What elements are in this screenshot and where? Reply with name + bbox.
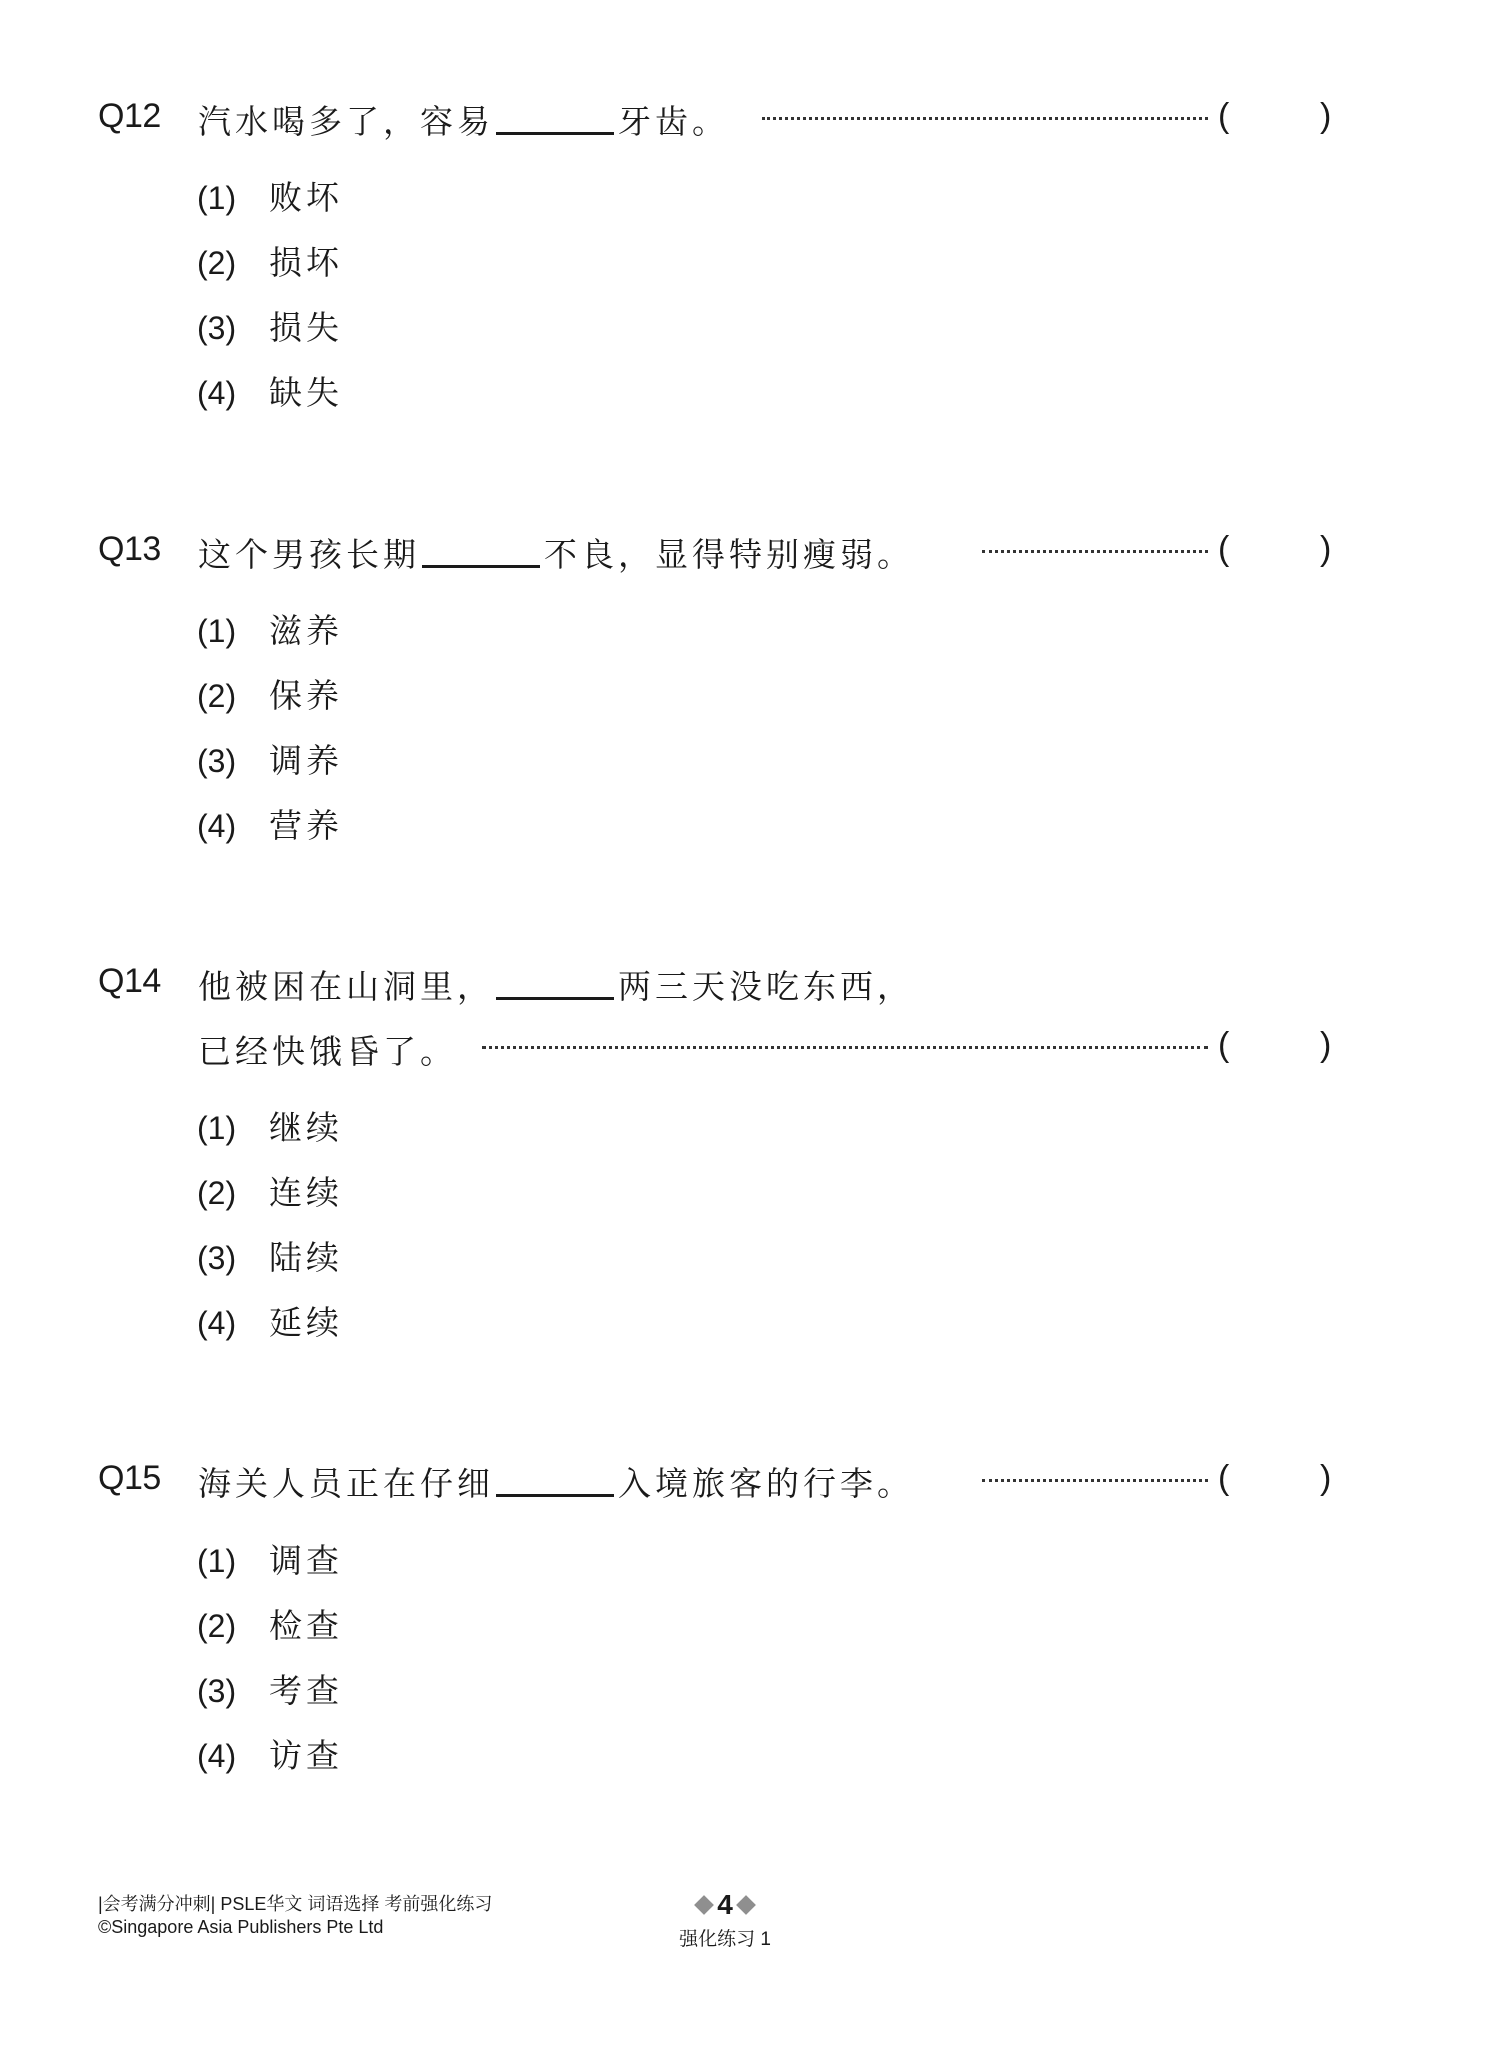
diamond-icon xyxy=(694,1895,714,1915)
answer-blank xyxy=(496,997,614,1000)
option-text: 缺失 xyxy=(269,367,343,414)
answer-paren-close: ) xyxy=(1320,97,1331,136)
question-text-before: 汽水喝多了，容易 xyxy=(198,96,494,143)
question-text: 这个男孩长期 不良，显得特别瘦弱。 xyxy=(198,529,914,576)
option-3: (3) 调养 xyxy=(197,735,343,782)
option-number: (4) xyxy=(197,1738,269,1775)
answer-blank xyxy=(422,565,540,568)
option-number: (4) xyxy=(197,1305,269,1342)
question-number: Q15 xyxy=(98,1459,161,1498)
answer-paren-open: ( xyxy=(1218,97,1229,136)
question-number: Q12 xyxy=(98,97,161,136)
option-text: 陆续 xyxy=(269,1232,343,1279)
option-3: (3) 陆续 xyxy=(197,1232,343,1279)
copyright-notice: ©Singapore Asia Publishers Pte Ltd xyxy=(98,1916,492,1939)
page-number-row: 4 xyxy=(655,1890,795,1920)
answer-paren-open: ( xyxy=(1218,1459,1229,1498)
option-3: (3) 考查 xyxy=(197,1665,343,1712)
option-text: 败坏 xyxy=(269,172,343,219)
option-number: (2) xyxy=(197,1175,269,1212)
answer-blank xyxy=(496,1494,614,1497)
option-3: (3) 损失 xyxy=(197,302,343,349)
question-text-continued: 已经快饿昏了。 xyxy=(198,1026,457,1073)
answer-blank xyxy=(496,132,614,135)
dotted-leader xyxy=(982,550,1208,553)
question-text-after: 牙齿。 xyxy=(618,96,729,143)
option-text: 损失 xyxy=(269,302,343,349)
question-text: 汽水喝多了，容易 牙齿。 xyxy=(198,96,729,143)
option-4: (4) 缺失 xyxy=(197,367,343,414)
option-text: 损坏 xyxy=(269,237,343,284)
question-text: 他被困在山洞里， 两三天没吃东西， xyxy=(198,961,914,1008)
option-text: 保养 xyxy=(269,670,343,717)
dotted-leader xyxy=(982,1479,1208,1482)
option-4: (4) 延续 xyxy=(197,1297,343,1344)
page-number: 4 xyxy=(717,1889,733,1921)
option-number: (1) xyxy=(197,180,269,217)
option-number: (2) xyxy=(197,245,269,282)
option-text: 延续 xyxy=(269,1297,343,1344)
option-text: 检查 xyxy=(269,1600,343,1647)
option-1: (1) 继续 xyxy=(197,1102,343,1149)
option-number: (3) xyxy=(197,310,269,347)
option-2: (2) 检查 xyxy=(197,1600,343,1647)
option-text: 考查 xyxy=(269,1665,343,1712)
footer-publisher: |会考满分冲刺| PSLE华文 词语选择 考前强化练习 ©Singapore A… xyxy=(98,1893,492,1939)
answer-paren-close: ) xyxy=(1320,1459,1331,1498)
option-2: (2) 损坏 xyxy=(197,237,343,284)
option-1: (1) 调查 xyxy=(197,1535,343,1582)
option-text: 调查 xyxy=(269,1535,343,1582)
option-2: (2) 保养 xyxy=(197,670,343,717)
question-number: Q14 xyxy=(98,962,161,1001)
option-text: 连续 xyxy=(269,1167,343,1214)
option-text: 营养 xyxy=(269,800,343,847)
question-text-before: 海关人员正在仔细 xyxy=(198,1458,494,1505)
option-number: (3) xyxy=(197,1673,269,1710)
option-text: 访查 xyxy=(269,1730,343,1777)
question-text-after: 入境旅客的行李。 xyxy=(618,1458,914,1505)
option-text: 滋养 xyxy=(269,605,343,652)
series-title: |会考满分冲刺| PSLE华文 词语选择 考前强化练习 xyxy=(98,1893,492,1916)
question-text-before: 他被困在山洞里， xyxy=(198,961,494,1008)
option-number: (4) xyxy=(197,808,269,845)
question-text-before: 这个男孩长期 xyxy=(198,529,420,576)
dotted-leader xyxy=(482,1046,1208,1049)
option-number: (1) xyxy=(197,1110,269,1147)
option-number: (1) xyxy=(197,1543,269,1580)
section-label: 强化练习 1 xyxy=(655,1924,795,1951)
option-4: (4) 访查 xyxy=(197,1730,343,1777)
option-number: (3) xyxy=(197,743,269,780)
option-4: (4) 营养 xyxy=(197,800,343,847)
answer-paren-open: ( xyxy=(1218,530,1229,569)
option-number: (4) xyxy=(197,375,269,412)
option-text: 继续 xyxy=(269,1102,343,1149)
question-text-after: 两三天没吃东西， xyxy=(618,961,914,1008)
diamond-icon xyxy=(736,1895,756,1915)
option-1: (1) 滋养 xyxy=(197,605,343,652)
option-number: (2) xyxy=(197,1608,269,1645)
question-text: 海关人员正在仔细 入境旅客的行李。 xyxy=(198,1458,914,1505)
question-text-after: 不良，显得特别瘦弱。 xyxy=(544,529,914,576)
option-number: (3) xyxy=(197,1240,269,1277)
answer-paren-close: ) xyxy=(1320,530,1331,569)
question-text-line2: 已经快饿昏了。 xyxy=(198,1026,457,1073)
footer-page-info: 4 强化练习 1 xyxy=(655,1890,795,1951)
dotted-leader xyxy=(762,117,1208,120)
question-number: Q13 xyxy=(98,530,161,569)
option-text: 调养 xyxy=(269,735,343,782)
answer-paren-close: ) xyxy=(1320,1026,1331,1065)
option-1: (1) 败坏 xyxy=(197,172,343,219)
option-number: (1) xyxy=(197,613,269,650)
option-2: (2) 连续 xyxy=(197,1167,343,1214)
option-number: (2) xyxy=(197,678,269,715)
answer-paren-open: ( xyxy=(1218,1026,1229,1065)
